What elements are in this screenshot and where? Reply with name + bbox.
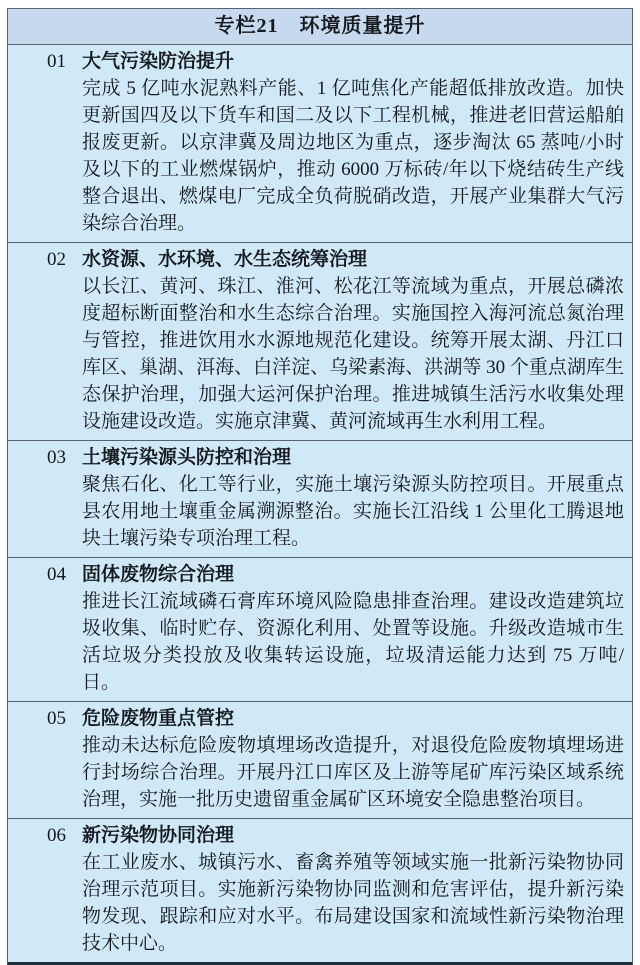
- section-title: 水资源、水环境、水生态统筹治理: [82, 246, 624, 273]
- box-title: 专栏21 环境质量提升: [8, 9, 632, 45]
- section-title: 危险废物重点管控: [82, 705, 624, 732]
- section-01: 01 大气污染防治提升 完成 5 亿吨水泥熟料产能、1 亿吨焦化产能超低排放改造…: [8, 45, 632, 242]
- section-body: 在工业废水、城镇污水、畜禽养殖等领域实施一批新污染物协同治理示范项目。实施新污染…: [82, 849, 624, 869]
- section-title: 固体废物综合治理: [82, 561, 624, 588]
- feature-box-column-21: 专栏21 环境质量提升 01 大气污染防治提升 完成 5 亿吨水泥熟料产能、1 …: [7, 8, 633, 869]
- section-content: 大气污染防治提升 完成 5 亿吨水泥熟料产能、1 亿吨焦化产能超低排放改造。加快…: [82, 48, 632, 237]
- section-content: 固体废物综合治理 推进长江流域磷石膏库环境风险隐患排查治理。建设改造建筑垃圾收集…: [82, 561, 632, 696]
- section-number: 06: [8, 822, 82, 849]
- section-content: 土壤污染源头防控和治理 聚焦石化、化工等行业，实施土壤污染源头防控项目。开展重点…: [82, 444, 632, 552]
- section-05: 05 危险废物重点管控 推动未达标危险废物填埋场改造提升，对退役危险废物填埋场进…: [8, 701, 632, 818]
- section-number: 01: [8, 48, 82, 75]
- section-04: 04 固体废物综合治理 推进长江流域磷石膏库环境风险隐患排查治理。建设改造建筑垃…: [8, 557, 632, 701]
- section-body: 以长江、黄河、珠江、淮河、松花江等流域为重点，开展总磷浓度超标断面整治和水生态综…: [82, 273, 624, 435]
- section-title: 大气污染防治提升: [82, 48, 624, 75]
- section-content: 新污染物协同治理 在工业废水、城镇污水、畜禽养殖等领域实施一批新污染物协同治理示…: [82, 822, 632, 869]
- section-02: 02 水资源、水环境、水生态统筹治理 以长江、黄河、珠江、淮河、松花江等流域为重…: [8, 242, 632, 440]
- section-03: 03 土壤污染源头防控和治理 聚焦石化、化工等行业，实施土壤污染源头防控项目。开…: [8, 440, 632, 557]
- section-title: 新污染物协同治理: [82, 822, 624, 849]
- section-body: 推进长江流域磷石膏库环境风险隐患排查治理。建设改造建筑垃圾收集、临时贮存、资源化…: [82, 588, 624, 696]
- section-body: 完成 5 亿吨水泥熟料产能、1 亿吨焦化产能超低排放改造。加快更新国四及以下货车…: [82, 75, 624, 237]
- section-content: 水资源、水环境、水生态统筹治理 以长江、黄河、珠江、淮河、松花江等流域为重点，开…: [82, 246, 632, 435]
- section-number: 02: [8, 246, 82, 273]
- section-06: 06 新污染物协同治理 在工业废水、城镇污水、畜禽养殖等领域实施一批新污染物协同…: [8, 818, 632, 869]
- section-number: 03: [8, 444, 82, 471]
- section-number: 04: [8, 561, 82, 588]
- section-body: 聚焦石化、化工等行业，实施土壤污染源头防控项目。开展重点县农用地土壤重金属溯源整…: [82, 471, 624, 552]
- section-body: 推动未达标危险废物填埋场改造提升，对退役危险废物填埋场进行封场综合治理。开展丹江…: [82, 732, 624, 813]
- section-content: 危险废物重点管控 推动未达标危险废物填埋场改造提升，对退役危险废物填埋场进行封场…: [82, 705, 632, 813]
- section-title: 土壤污染源头防控和治理: [82, 444, 624, 471]
- section-number: 05: [8, 705, 82, 732]
